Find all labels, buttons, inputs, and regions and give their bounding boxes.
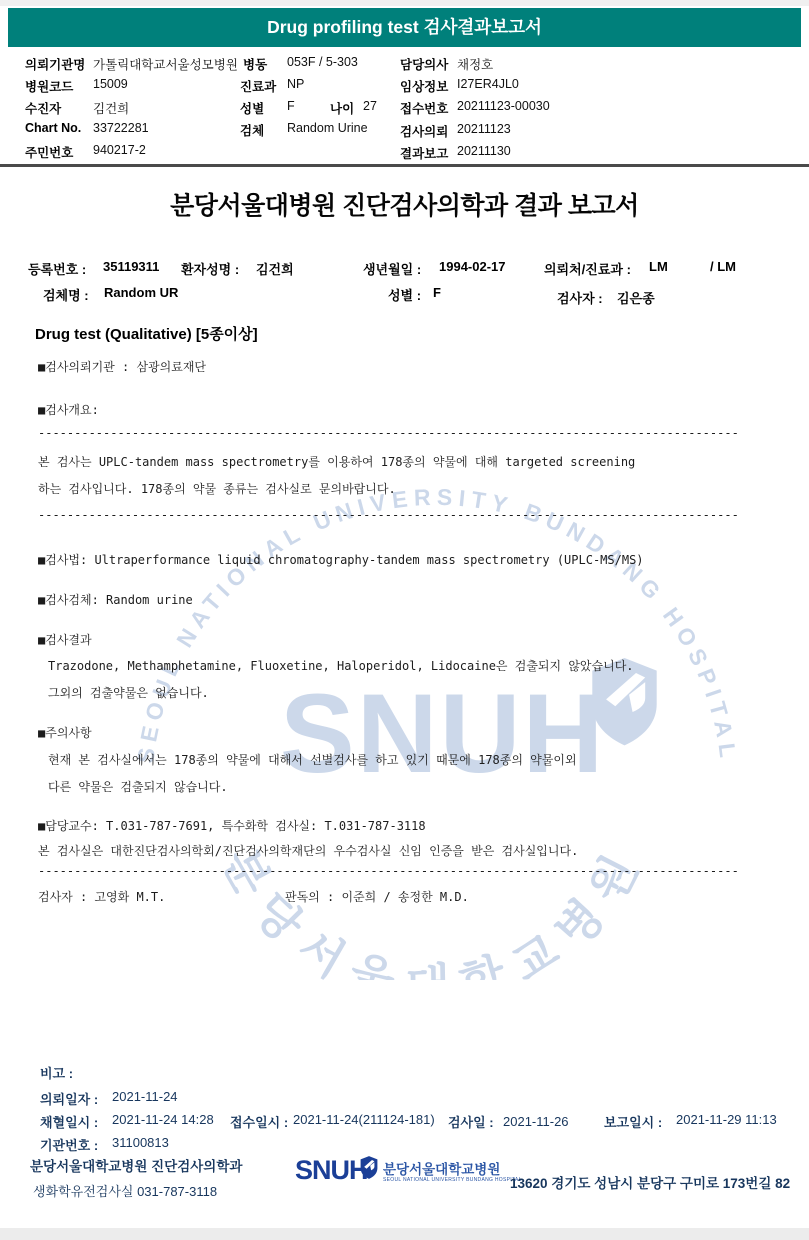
footer-lab: 생화학유전검사실 031-787-3118: [33, 1181, 217, 1200]
meta-label: 임상정보: [400, 77, 448, 95]
meta-label: 접수번호: [400, 99, 448, 117]
meta-label: 결과보고: [400, 144, 448, 162]
snuh-logo-text: SNUH: [295, 1155, 368, 1186]
report-title: 분당서울대병원 진단검사의학과 결과 보고서: [0, 186, 809, 222]
meta-label: 의뢰기관명: [25, 55, 85, 73]
meta-label: 진료과: [240, 77, 276, 95]
body-dash-line: ----------------------------------------…: [38, 508, 739, 522]
patient-value: 35119311: [103, 259, 159, 274]
patient-label: 검사자 :: [557, 288, 603, 307]
meta-value: 20211123-00030: [457, 99, 550, 113]
patient-label: 환자성명 :: [181, 259, 239, 278]
body-line: ■검사법: Ultraperformance liquid chromatogr…: [38, 551, 644, 568]
meta-value: 20211123: [457, 122, 511, 136]
patient-label: 성별 :: [388, 285, 421, 304]
test-heading: Drug test (Qualitative) [5종이상]: [35, 323, 258, 344]
meta-value: 940217-2: [93, 143, 146, 157]
snuh-logo-kr-text: 분당서울대학교병원: [383, 1158, 500, 1178]
test-date-value: 2021-11-26: [503, 1114, 569, 1129]
body-dash-line: ----------------------------------------…: [38, 864, 739, 878]
footer-dept: 분당서울대학교병원 진단검사의학과: [30, 1155, 242, 1175]
signature-left: 검사자 : 고영화 M.T.: [38, 888, 165, 905]
body-line: 본 검사실은 대한진단검사의학회/진단검사의학재단의 우수검사실 신임 인증을 …: [38, 842, 578, 859]
meta-value: 27: [363, 99, 377, 113]
receipt-datetime-value: 2021-11-24(211124-181): [293, 1112, 435, 1127]
meta-value: I27ER4JL0: [457, 77, 519, 91]
collect-datetime-value: 2021-11-24 14:28: [112, 1112, 214, 1127]
meta-label: 검사의뢰: [400, 122, 448, 140]
body-line: 그외의 검출약물은 없습니다.: [48, 684, 209, 701]
meta-value: 김건희: [93, 99, 129, 117]
report-page: SEOUL NATIONAL UNIVERSITY BUNDANG HOSPIT…: [0, 0, 809, 1240]
snuh-logo-en-text: SEOUL NATIONAL UNIVERSITY BUNDANG HOSPIT…: [383, 1177, 522, 1183]
body-line: ■검사개요:: [38, 401, 99, 418]
meta-label: 병동: [243, 55, 267, 73]
org-number-value: 31100813: [112, 1135, 169, 1150]
patient-label: 검체명 :: [43, 285, 89, 304]
body-dash-line: ----------------------------------------…: [38, 426, 739, 440]
body-line: 다른 약물은 검출되지 않습니다.: [48, 778, 228, 795]
body-line: ■검사의뢰기관 : 삼광의료재단: [38, 358, 206, 375]
patient-value: / LM: [710, 259, 736, 274]
meta-value: F: [287, 99, 295, 113]
patient-value: 1994-02-17: [439, 259, 506, 274]
note-label: 비고 :: [40, 1063, 73, 1082]
meta-value: 가톨릭대학교서울성모병원: [93, 55, 238, 73]
meta-label: 성별: [240, 99, 264, 117]
meta-label: 병원코드: [25, 77, 73, 95]
header-divider: [0, 164, 809, 167]
report-datetime-label: 보고일시 :: [604, 1112, 662, 1131]
meta-value: 채정호: [457, 55, 493, 73]
patient-value: 김은종: [617, 288, 655, 307]
meta-value: 33722281: [93, 121, 149, 135]
patient-value: 김건희: [256, 259, 294, 278]
meta-label: 검체: [240, 121, 264, 139]
meta-value: 20211130: [457, 144, 511, 158]
patient-value: LM: [649, 259, 668, 274]
meta-label: 수진자: [25, 99, 61, 117]
body-line: 현재 본 검사실에서는 178종의 약물에 대해서 선별검사를 하고 있기 때문…: [48, 751, 577, 768]
test-date-label: 검사일 :: [448, 1112, 494, 1131]
footer-address: 13620 경기도 성남시 분당구 구미로 173번길 82: [510, 1172, 790, 1192]
org-number-label: 기관번호 :: [40, 1135, 98, 1154]
watermark-snuh-text: SNUH: [280, 671, 605, 796]
body-line: 하는 검사입니다. 178종의 약물 종류는 검사실로 문의바랍니다.: [38, 480, 396, 497]
patient-value: Random UR: [104, 285, 178, 300]
receipt-datetime-label: 접수일시 :: [230, 1112, 288, 1131]
meta-value: NP: [287, 77, 304, 91]
meta-value: 15009: [93, 77, 128, 91]
collect-datetime-label: 채혈일시 :: [40, 1112, 98, 1131]
body-line: Trazodone, Methamphetamine, Fluoxetine, …: [48, 657, 634, 674]
body-line: ■검사검체: Random urine: [38, 591, 193, 608]
patient-value: F: [433, 285, 441, 300]
body-line: ■주의사항: [38, 724, 92, 741]
titlebar-title: Drug profiling test 검사결과보고서: [267, 17, 542, 37]
meta-label: 담당의사: [400, 55, 448, 73]
body-line: ■검사결과: [38, 631, 92, 648]
meta-value: 053F / 5-303: [287, 55, 358, 69]
signature-right: 판독의 : 이준희 / 송정한 M.D.: [285, 888, 469, 905]
request-date-value: 2021-11-24: [112, 1089, 178, 1104]
patient-label: 등록번호 :: [28, 259, 86, 278]
top-strip: [0, 0, 809, 6]
patient-label: 의뢰처/진료과 :: [544, 259, 631, 278]
patient-label: 생년월일 :: [363, 259, 421, 278]
report-datetime-value: 2021-11-29 11:13: [676, 1112, 777, 1127]
meta-label: Chart No.: [25, 121, 81, 135]
meta-label: 주민번호: [25, 143, 73, 161]
meta-label: 나이: [330, 99, 354, 117]
request-date-label: 의뢰일자 :: [40, 1089, 98, 1108]
meta-value: Random Urine: [287, 121, 368, 135]
body-line: ■담당교수: T.031-787-7691, 특수화학 검사실: T.031-7…: [38, 817, 426, 834]
snuh-shield-icon: [360, 1156, 378, 1179]
bottom-strip: [0, 1228, 809, 1240]
titlebar: Drug profiling test 검사결과보고서: [8, 8, 801, 47]
body-line: 본 검사는 UPLC-tandem mass spectrometry를 이용하…: [38, 453, 635, 470]
